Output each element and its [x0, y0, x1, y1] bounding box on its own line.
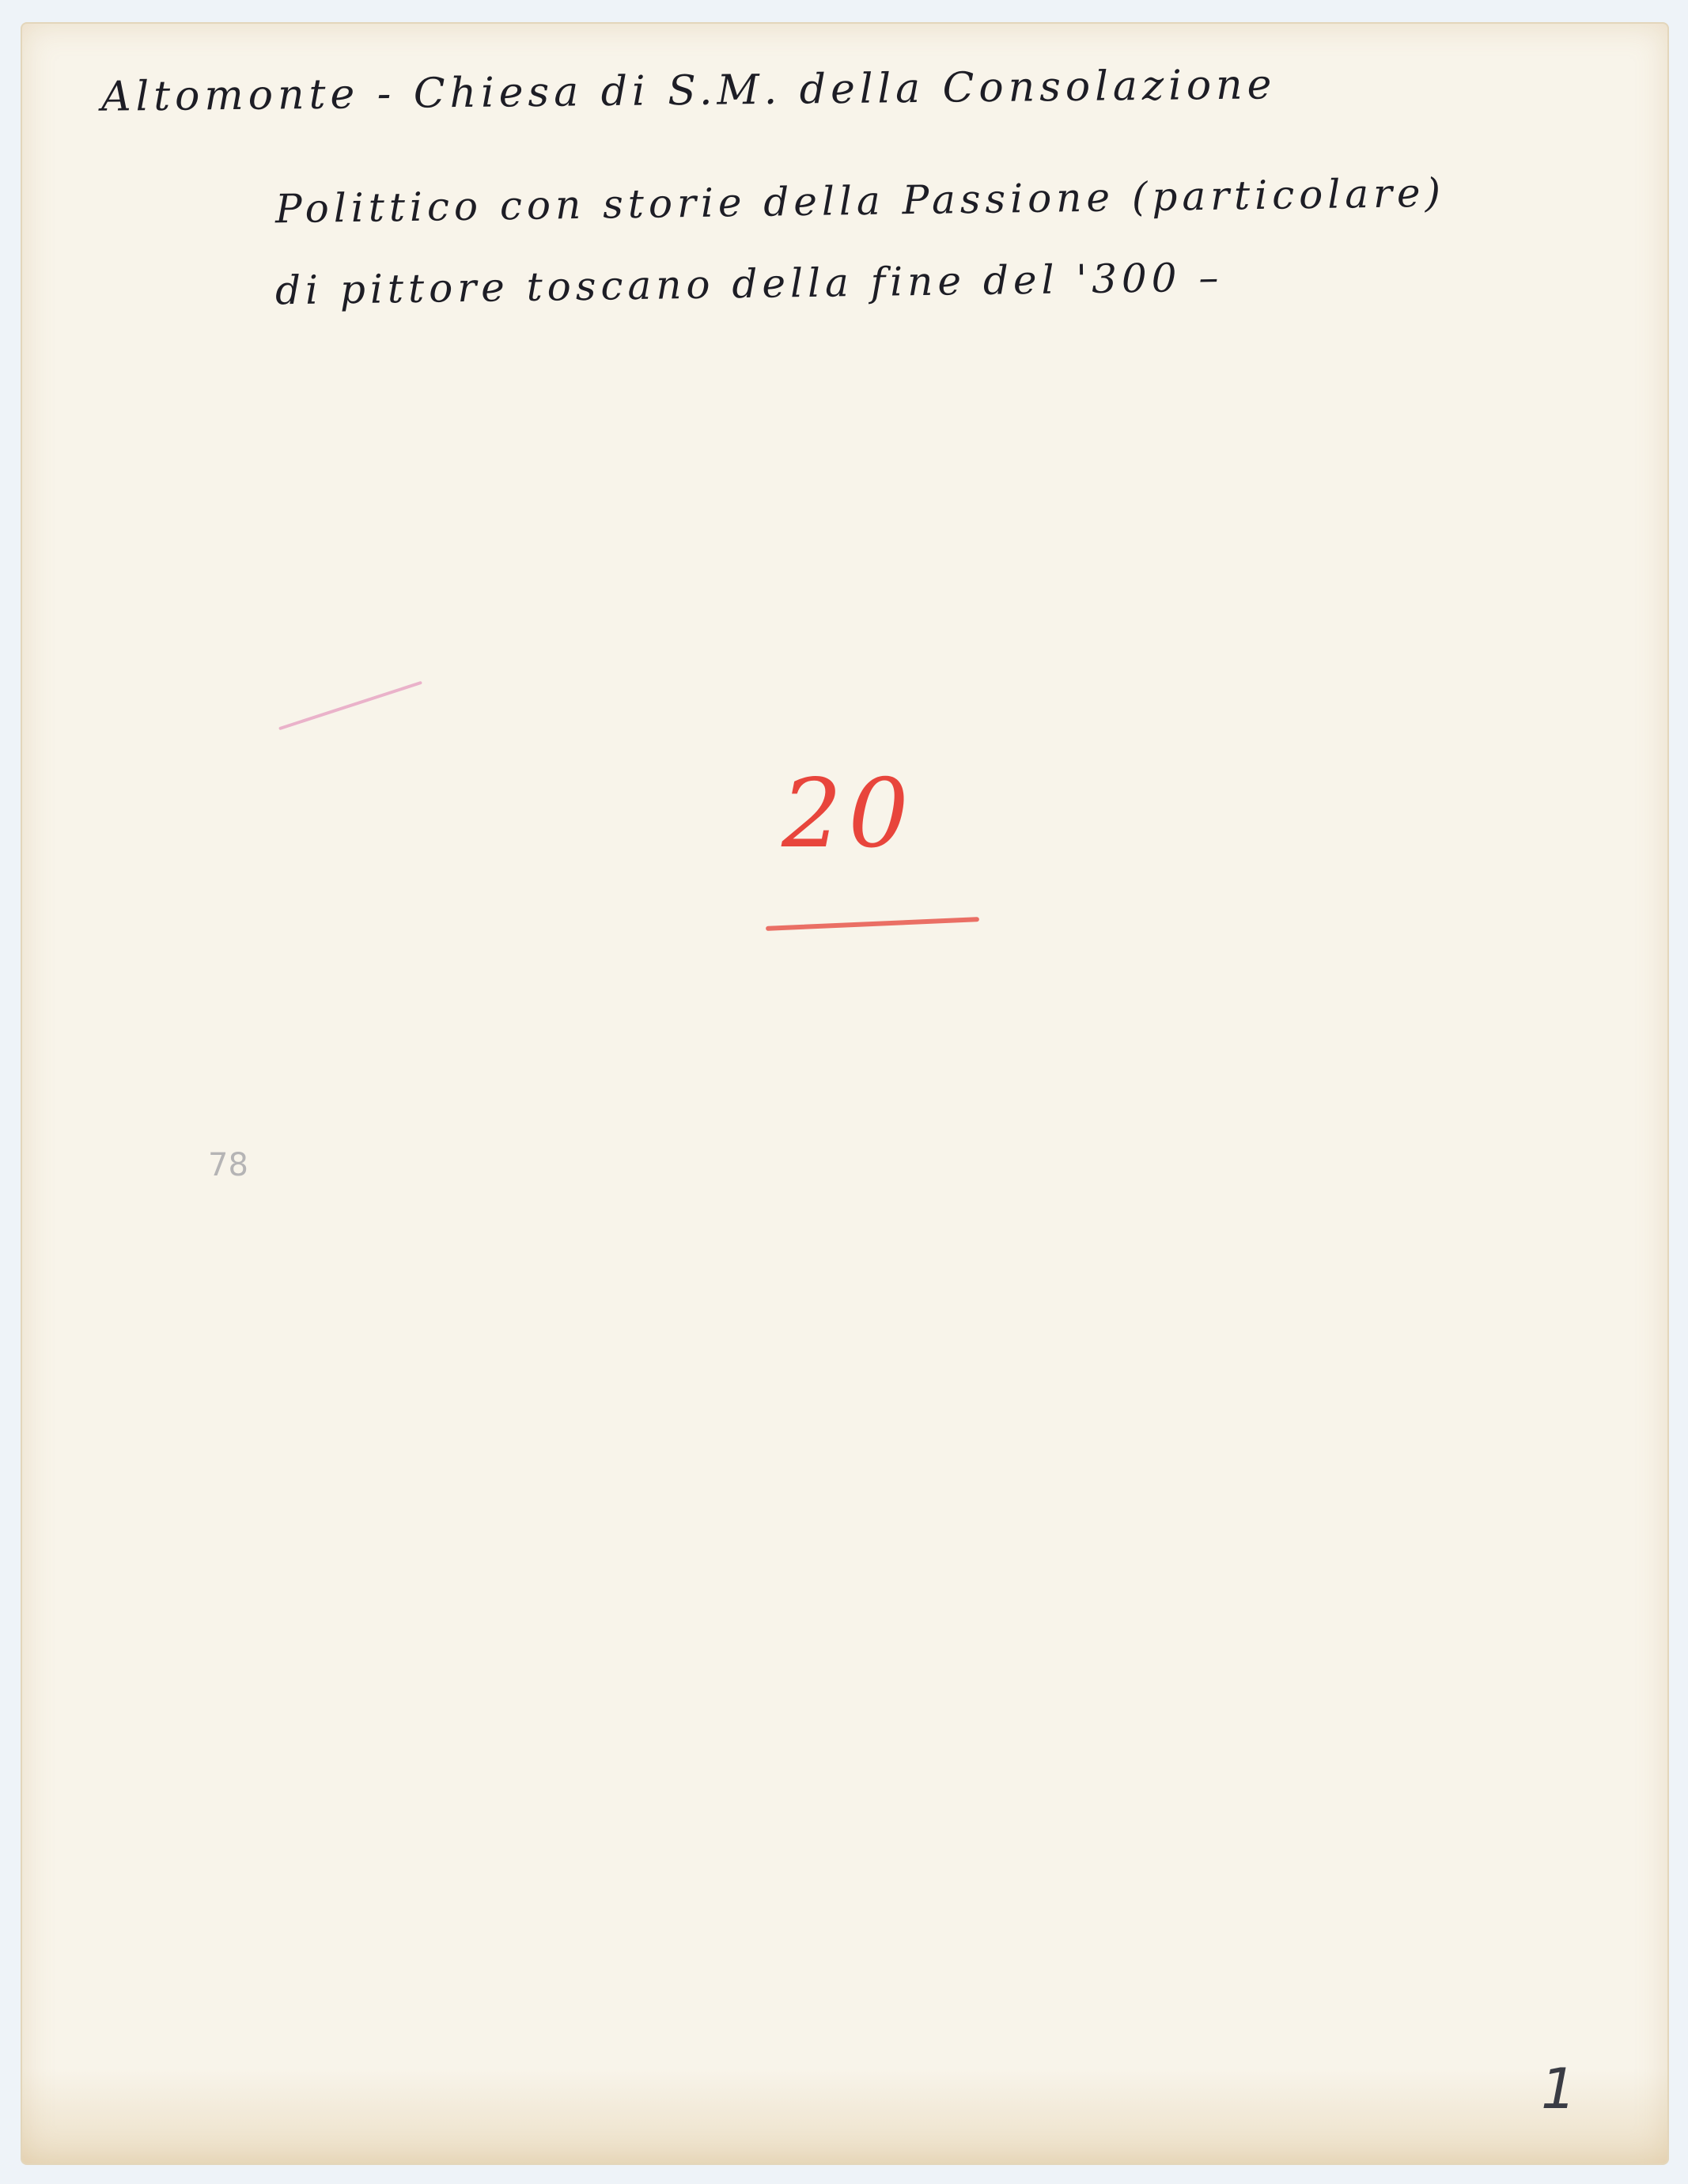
photo-back-card: Altomonte - Chiesa di S.M. della Consola… [22, 24, 1667, 2163]
red-archive-number: 20 [782, 759, 915, 869]
artwork-description: Polittico con storie della Passione (par… [275, 170, 1446, 233]
location-inscription: Altomonte - Chiesa di S.M. della Consola… [101, 61, 1277, 121]
faint-pencil-number: 78 [208, 1147, 248, 1183]
pink-crayon-mark [278, 681, 422, 731]
red-underline [766, 917, 979, 931]
attribution-note: di pittore toscano della fine del '300 – [275, 255, 1224, 314]
corner-page-number: 1 [1541, 2057, 1576, 2122]
